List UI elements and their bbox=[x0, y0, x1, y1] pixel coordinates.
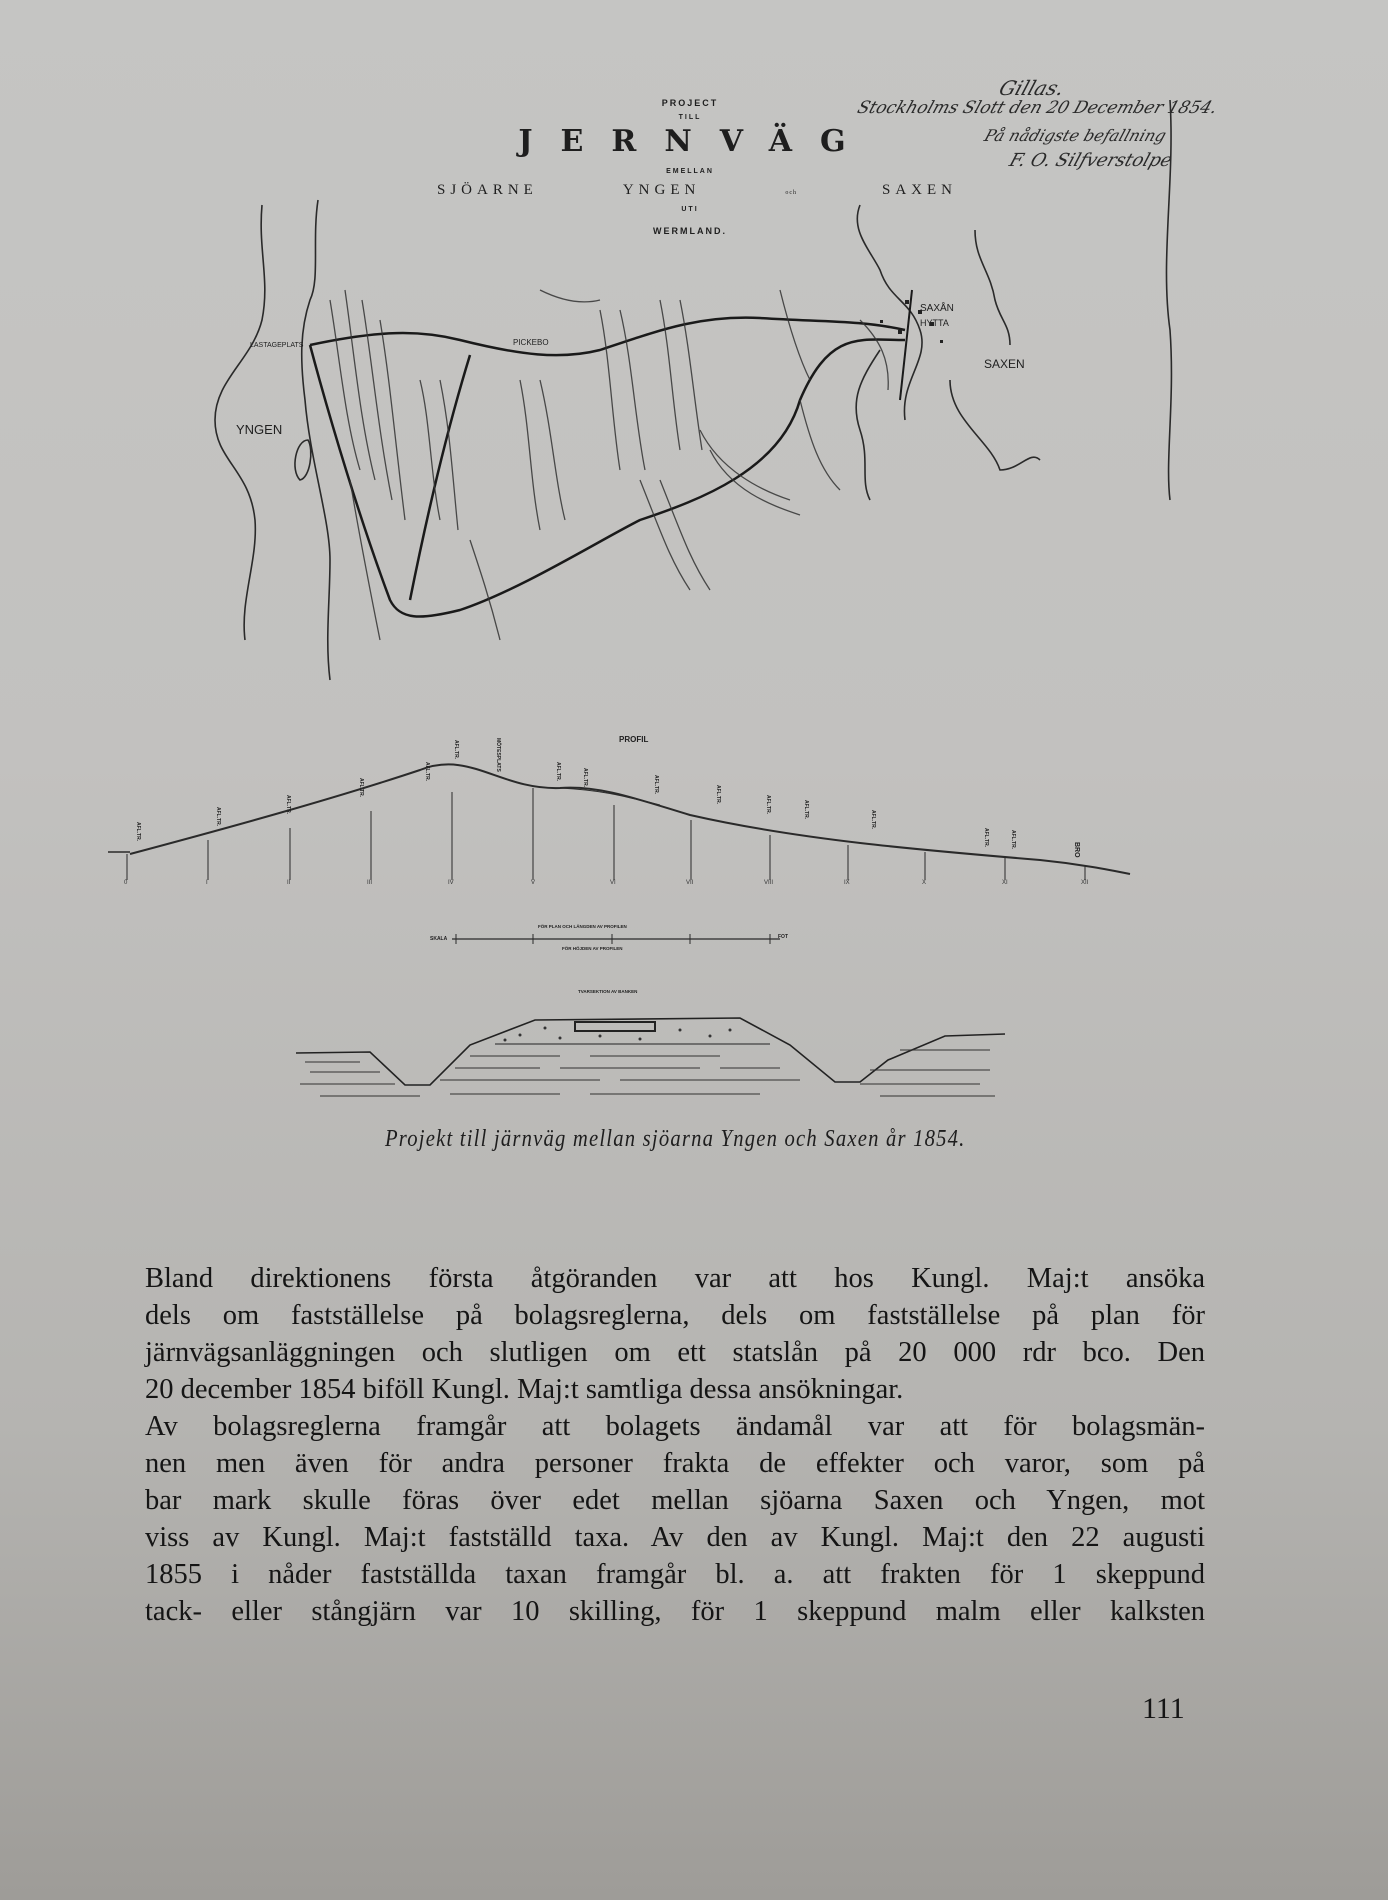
cross-section-hatching bbox=[300, 1050, 995, 1096]
map-label-yngen: YNGEN bbox=[236, 422, 282, 437]
point-label: AFL.TR. bbox=[358, 778, 364, 797]
point-label-bro: BRO bbox=[1073, 842, 1080, 858]
point-label: AFL.TR. bbox=[582, 768, 588, 787]
profile-drawing bbox=[108, 764, 1130, 944]
station-3: III bbox=[367, 880, 372, 886]
text-line: bar mark skulle föras över edet mellan s… bbox=[145, 1482, 1205, 1519]
railway-route bbox=[310, 290, 912, 617]
station-12: XII bbox=[1081, 880, 1088, 886]
point-label: AFL.TR. bbox=[715, 785, 721, 804]
station-6: VI bbox=[610, 880, 616, 886]
text-line: 1855 i nåder fastställda taxan framgår b… bbox=[145, 1556, 1205, 1593]
text-line: tack- eller stångjärn var 10 skilling, f… bbox=[145, 1593, 1205, 1630]
cross-section-gravel bbox=[504, 1027, 732, 1042]
point-label: AFL.TR. bbox=[555, 762, 561, 781]
text-line: nen men även för andra personer frakta d… bbox=[145, 1445, 1205, 1482]
text-line: Bland direktionens första åtgöranden var… bbox=[145, 1260, 1205, 1297]
scale-label-bottom: FÖR HÖJDEN AV PROFILEN bbox=[562, 946, 623, 951]
map-label-hytta: HYTTA bbox=[920, 318, 949, 328]
paragraph-1: Bland direktionens första åtgöranden var… bbox=[145, 1260, 1205, 1408]
cross-section-title: TVARSEKTION AV BANKEN bbox=[578, 989, 637, 994]
figure-caption: Projekt till järnväg mellan sjöarna Ynge… bbox=[385, 1126, 966, 1153]
text-line: dels om fastställelse på bolagsreglerna,… bbox=[145, 1297, 1205, 1334]
station-8: VIII bbox=[764, 880, 773, 886]
point-label: AFL.TR. bbox=[424, 762, 430, 781]
body-text: Bland direktionens första åtgöranden var… bbox=[145, 1260, 1205, 1630]
railway-map-drawing bbox=[0, 0, 1388, 1100]
station-0: 0 bbox=[124, 880, 127, 886]
point-label: AFL.TR. bbox=[983, 828, 989, 847]
station-11: XI bbox=[1002, 880, 1008, 886]
point-label: AFL.TR. bbox=[453, 740, 459, 759]
point-label: AFL.TR. bbox=[1010, 830, 1016, 849]
point-label: AFL.TR. bbox=[653, 775, 659, 794]
profile-title: PROFIL bbox=[619, 735, 648, 744]
cross-section-drawing bbox=[296, 1018, 1005, 1100]
station-4: IV bbox=[448, 880, 454, 886]
text-line: Av bolagsreglerna framgår att bolagets ä… bbox=[145, 1408, 1205, 1445]
station-10: X bbox=[922, 880, 926, 886]
station-5: V bbox=[531, 880, 535, 886]
point-label: AFL.TR. bbox=[285, 795, 291, 814]
point-label-motesplats: MÖTESPLATS bbox=[495, 738, 501, 772]
paragraph-2: Av bolagsreglerna framgår att bolagets ä… bbox=[145, 1408, 1205, 1630]
book-page: PROJECT TILL JERNVÄG EMELLAN SJÖARNE YNG… bbox=[0, 0, 1388, 1900]
point-label: AFL.TR. bbox=[765, 795, 771, 814]
profile-station-ticks bbox=[127, 788, 1085, 880]
point-label: AFL.TR. bbox=[870, 810, 876, 829]
map-label-saxen: SAXEN bbox=[984, 357, 1025, 371]
station-2: II bbox=[287, 880, 290, 886]
station-7: VII bbox=[686, 880, 693, 886]
text-line: 20 december 1854 biföll Kungl. Maj:t sam… bbox=[145, 1371, 1205, 1408]
page-number: 111 bbox=[1142, 1692, 1185, 1726]
scale-label-top: FÖR PLAN OCH LÄNGDEN AV PROFILEN bbox=[538, 924, 627, 929]
scale-label-right: FOT bbox=[778, 934, 788, 940]
map-label-pickebo: PICKEBO bbox=[513, 338, 549, 347]
scale-label-left: SKALA bbox=[430, 936, 447, 942]
text-line: järnvägsanläggningen och slutligen om et… bbox=[145, 1334, 1205, 1371]
point-label: AFL.TR. bbox=[215, 807, 221, 826]
station-1: I bbox=[206, 880, 208, 886]
point-label: AFL.TR. bbox=[803, 800, 809, 819]
station-9: IX bbox=[844, 880, 850, 886]
point-label: AFL.TR. bbox=[135, 822, 141, 841]
text-line: viss av Kungl. Maj:t fastställd taxa. Av… bbox=[145, 1519, 1205, 1556]
map-label-lastageplats: LASTAGEPLATS bbox=[250, 342, 303, 349]
map-label-saxan: SAXÅN bbox=[920, 303, 954, 314]
